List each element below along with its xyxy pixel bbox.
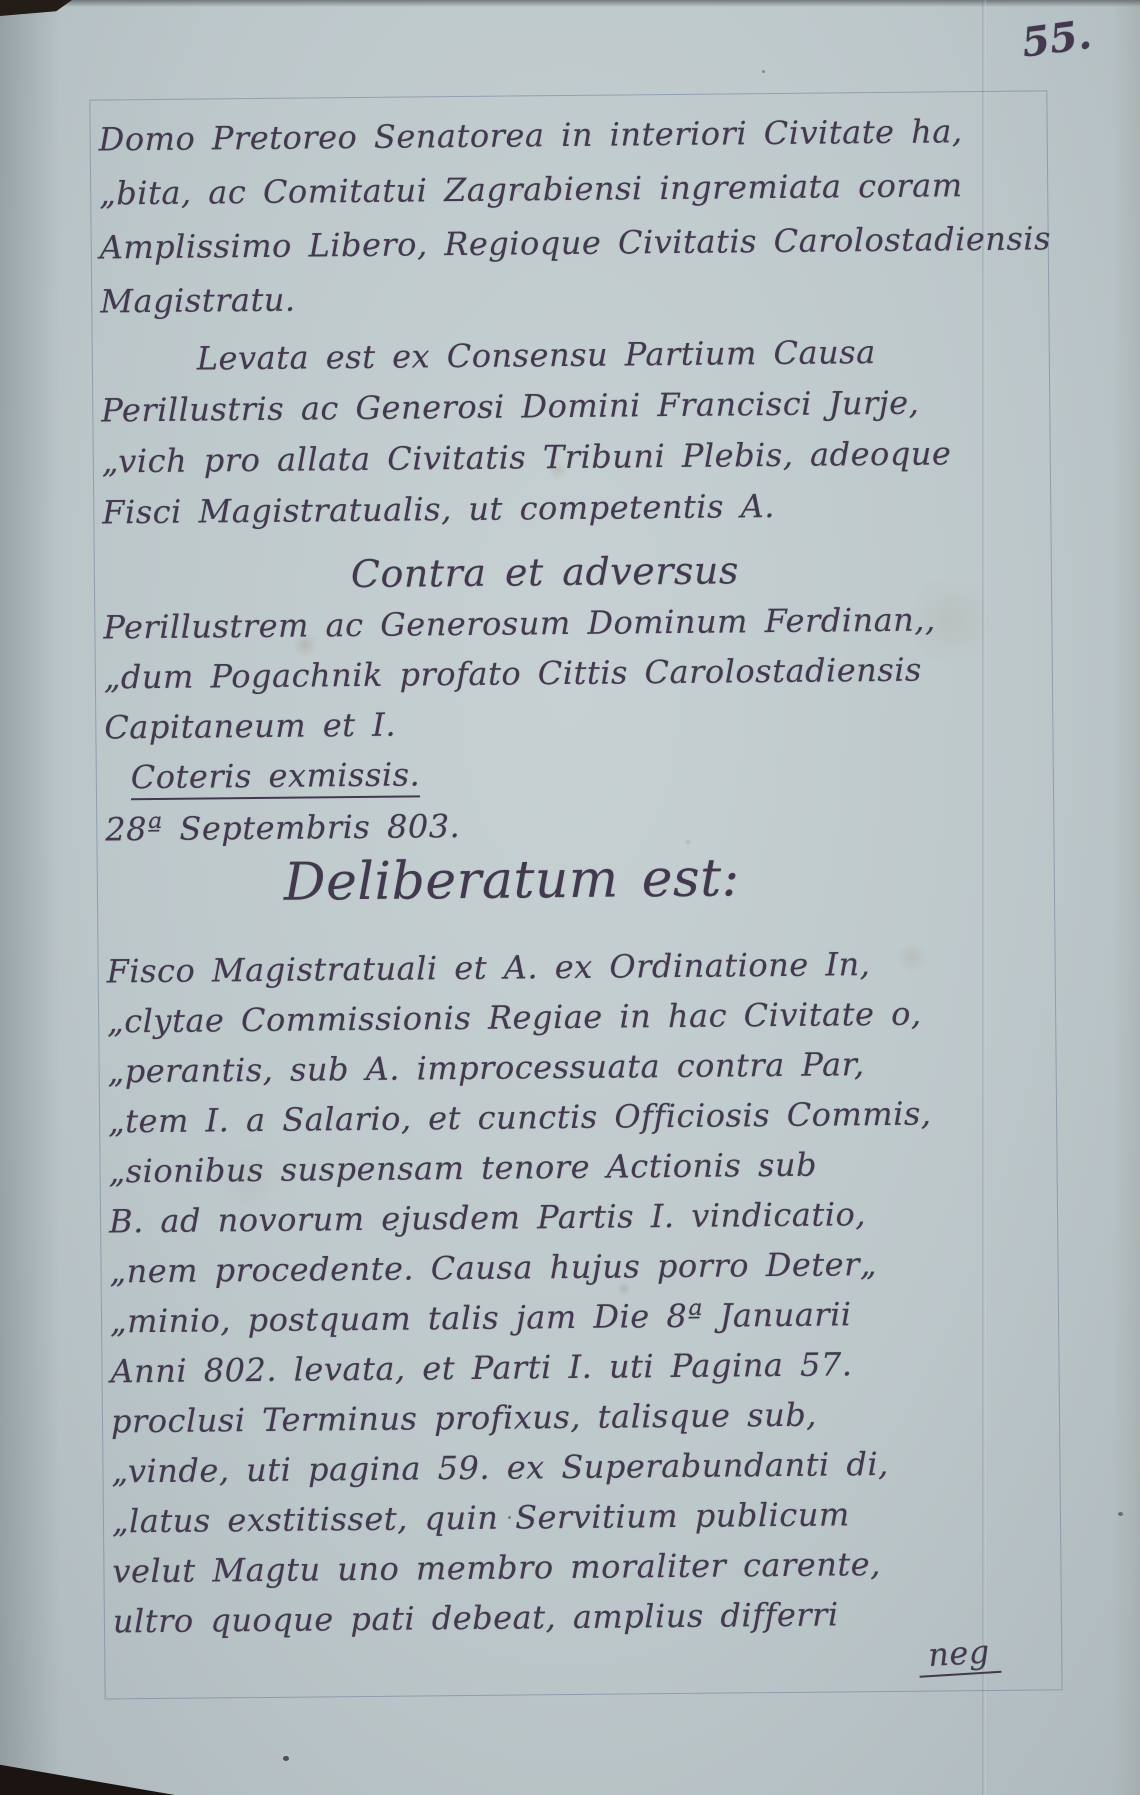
manuscript-line: Perillustris ac Generosi Domini Francisc… [101, 382, 1041, 442]
paragraph-deliberation-body: Fisco Magistratuali et A. ex Ordinatione… [107, 943, 1054, 1652]
page-content: 55. Domo Pretoreo Senatorea in interiori… [0, 0, 1140, 1795]
manuscript-line: Perillustrem ac Generosum Dominum Ferdin… [103, 599, 1043, 658]
manuscript-line: Anni 802. levata, et Parti I. uti Pagina… [110, 1343, 1050, 1402]
manuscript-line: „bita, ac Comitatui Zagrabiensi ingremia… [99, 165, 1039, 228]
heading-deliberatum-est: Deliberatum est: [284, 844, 1140, 913]
manuscript-line: velut Magtu uno membro moraliter carente… [112, 1543, 1052, 1602]
manuscript-line: „latus exstitisset, quin Servitium publi… [112, 1493, 1052, 1552]
manuscript-line: „sionibus suspensam tenore Actionis sub [108, 1143, 1048, 1202]
manuscript-line: B. ad novorum ejusdem Partis I. vindicat… [109, 1193, 1049, 1252]
manuscript-line: Levata est ex Consensu Partium Causa [197, 331, 1041, 390]
heading-contra-et-adversus: Contra et adversus [351, 543, 1140, 596]
manuscript-line: Domo Pretoreo Senatorea in interiori Civ… [99, 111, 1039, 174]
manuscript-line: Capitaneum et I. [104, 699, 1044, 758]
manuscript-line: „perantis, sub A. improcessuata contra P… [107, 1043, 1047, 1102]
manuscript-line: proclusi Terminus profixus, talisque sub… [111, 1393, 1051, 1452]
manuscript-line: „tem I. a Salario, et cunctis Officiosis… [108, 1093, 1048, 1152]
manuscript-line: „vich pro allata Civitatis Tribuni Plebi… [102, 433, 1042, 493]
manuscript-line: neg [917, 1632, 1001, 1678]
paragraph-location: Domo Pretoreo Senatorea in interiori Civ… [99, 111, 1041, 336]
manuscript-line: Amplissimo Libero, Regioque Civitatis Ca… [100, 219, 1040, 282]
manuscript-line: „clytae Commissionis Regiae in hac Civit… [107, 993, 1047, 1052]
paragraph-defendant: Perillustrem ac Generosum Dominum Ferdin… [103, 599, 1044, 758]
manuscript-line: Coteris exmissis. [131, 755, 421, 800]
manuscript-line: Fisci Magistratualis, ut competentis A. [102, 484, 1042, 544]
manuscript-line: „dum Pogachnik profato Cittis Carolostad… [104, 649, 1044, 708]
manuscript-line: Magistratu. [100, 273, 1040, 336]
catchword: neg [869, 1633, 1049, 1676]
manuscript-line: „minio, postquam talis jam Die 8ª Januar… [110, 1293, 1050, 1352]
paragraph-levata: Levata est ex Consensu Partium Causa Per… [101, 331, 1043, 544]
folio-number: 55. [1019, 11, 1094, 67]
manuscript-line: „vinde, uti pagina 59. ex Superabundanti… [111, 1443, 1051, 1502]
manuscript-line: Fisco Magistratuali et A. ex Ordinatione… [107, 943, 1047, 1002]
manuscript-photo: 55. Domo Pretoreo Senatorea in interiori… [0, 0, 1140, 1795]
manuscript-line: „nem procedente. Causa hujus porro Deter… [109, 1243, 1049, 1302]
